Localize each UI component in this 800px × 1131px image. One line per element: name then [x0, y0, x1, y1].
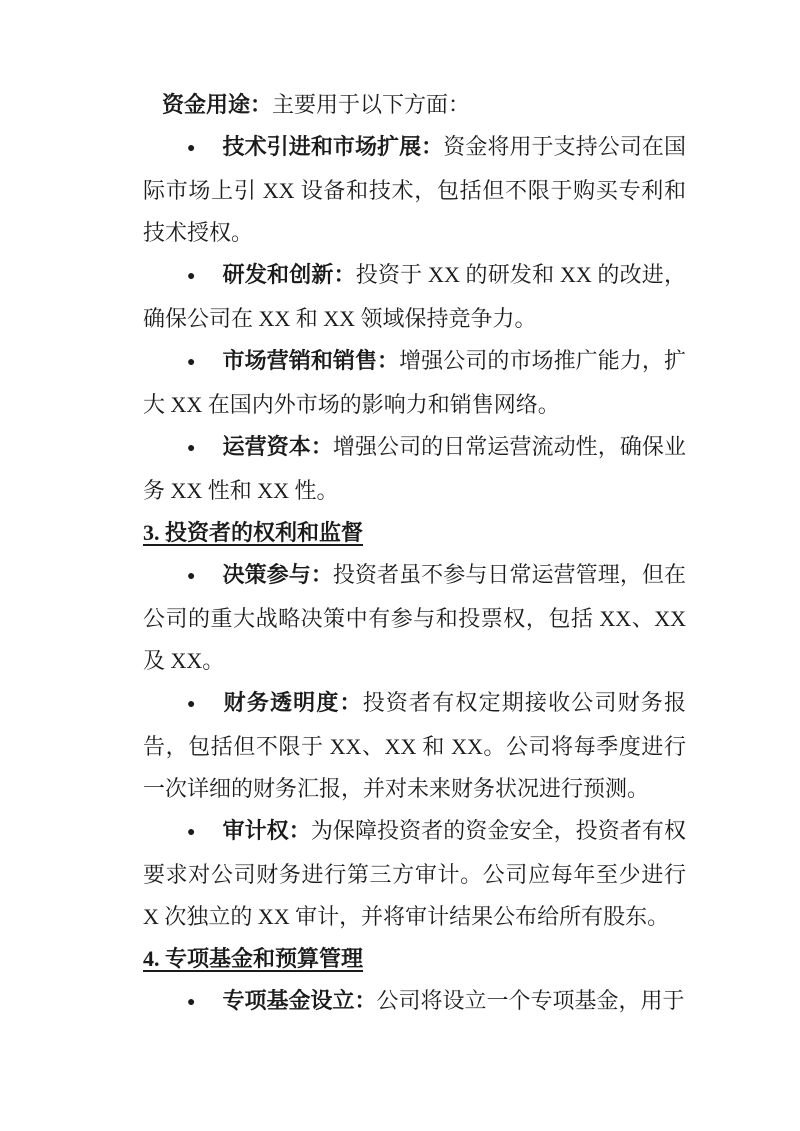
bullet-item-marketing: ●市场营销和销售：增强公司的市场推广能力，扩大 XX 在国内外市场的影响力和销售… — [143, 340, 686, 426]
bullet-term: 财务透明度： — [224, 690, 363, 715]
document-page: 资金用途：主要用于以下方面： ●技术引进和市场扩展：资金将用于支持公司在国际市场… — [0, 0, 800, 1131]
intro-paragraph: 资金用途：主要用于以下方面： — [143, 84, 686, 126]
section-heading-text: 4. 专项基金和预算管理 — [143, 946, 363, 971]
bullet-term: 技术引进和市场扩展： — [223, 134, 444, 159]
document-text-block: 资金用途：主要用于以下方面： ●技术引进和市场扩展：资金将用于支持公司在国际市场… — [143, 84, 686, 1024]
bullet-icon: ● — [187, 355, 196, 370]
bullet-term: 研发和创新： — [223, 262, 356, 287]
bullet-icon: ● — [187, 141, 196, 156]
intro-label: 资金用途： — [162, 92, 272, 117]
bullet-icon: ● — [187, 697, 197, 712]
bullet-item-rnd: ●研发和创新：投资于 XX 的研发和 XX 的改进，确保公司在 XX 和 XX … — [143, 254, 686, 340]
bullet-text: 公司将设立一个专项基金，用于 — [376, 988, 684, 1013]
bullet-icon: ● — [187, 825, 196, 840]
bullet-icon: ● — [187, 269, 196, 284]
bullet-item-special-fund-setup: ●专项基金设立：公司将设立一个专项基金，用于 — [143, 980, 686, 1024]
bullet-item-audit-right: ●审计权：为保障投资者的资金安全，投资者有权要求对公司财务进行第三方审计。公司应… — [143, 810, 686, 938]
section-heading-special-fund: 4. 专项基金和预算管理 — [143, 938, 686, 980]
bullet-icon: ● — [187, 441, 196, 456]
bullet-item-financial-transparency: ●财务透明度：投资者有权定期接收公司财务报告，包括但不限于 XX、XX 和 XX… — [143, 682, 686, 810]
bullet-term: 审计权： — [223, 818, 311, 843]
bullet-term: 运营资本： — [223, 434, 333, 459]
section-heading-investor-rights: 3. 投资者的权利和监督 — [143, 512, 686, 554]
bullet-term: 市场营销和销售： — [223, 348, 400, 373]
section-heading-text: 3. 投资者的权利和监督 — [143, 520, 363, 545]
bullet-item-decision-participation: ●决策参与：投资者虽不参与日常运营管理，但在公司的重大战略决策中有参与和投票权，… — [143, 554, 686, 682]
bullet-term: 决策参与： — [223, 562, 333, 587]
bullet-item-tech-expansion: ●技术引进和市场扩展：资金将用于支持公司在国际市场上引 XX 设备和技术，包括但… — [143, 126, 686, 254]
bullet-icon: ● — [187, 995, 195, 1010]
bullet-item-working-capital: ●运营资本：增强公司的日常运营流动性，确保业务 XX 性和 XX 性。 — [143, 426, 686, 512]
intro-text: 主要用于以下方面： — [272, 92, 470, 117]
bullet-term: 专项基金设立： — [222, 988, 376, 1013]
bullet-icon: ● — [187, 569, 196, 584]
